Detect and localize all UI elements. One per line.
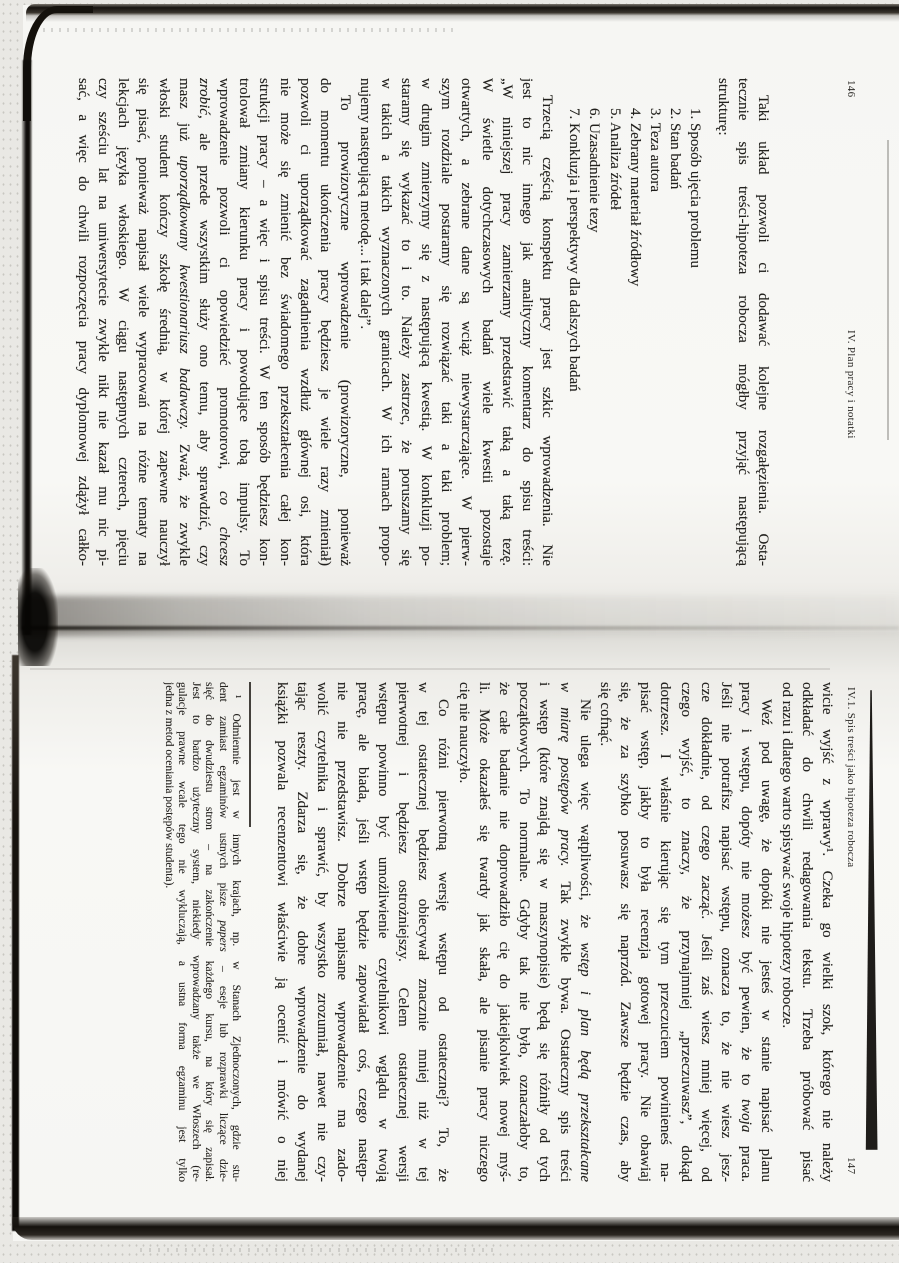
- italic-text: co chcesz: [216, 491, 232, 566]
- text-segment: jest to nic innego jak analityczny komen…: [519, 78, 535, 566]
- text-segment: Co różni pierwotną wersję wstępu od osta…: [435, 699, 451, 1182]
- text-segment: nie może się zmienić bez świadomego prze…: [277, 78, 293, 566]
- text-line: Jest to bardzo użyteczny system, niekied…: [188, 682, 202, 1182]
- text-segment: do momentu ukończenia pracy będziesz je …: [317, 78, 333, 566]
- text-line: w takich a takich wyznaczonych granicach…: [375, 78, 395, 566]
- page-number: 146: [845, 80, 857, 97]
- text-line: Weź pod uwagę, że dopóki nie jesteś w st…: [756, 682, 776, 1182]
- text-segment: się cofnąć.: [597, 682, 613, 746]
- text-segment: To prowizoryczne wprowadzenie (prowizory…: [337, 95, 353, 566]
- text-segment: staramy się wykazać to i to. Należy zast…: [398, 78, 414, 566]
- text-line: i wstęp (które znajdą się w maszynopisie…: [534, 682, 554, 1182]
- text-line: włoski student kończy szkołę średnią, w …: [153, 78, 173, 566]
- text-segment: pracy i wstępu, dopóty nie możesz być pe…: [738, 682, 754, 1099]
- text-line: Jeśli nie potrafisz napisać wstępu, ozna…: [716, 682, 736, 1182]
- text-line: strukcji pracy – a więc i spisu treści. …: [254, 78, 274, 566]
- text-segment: Jest to bardzo użyteczny system, niekied…: [190, 682, 202, 1182]
- text-segment: pozwoli ci uporządkować zagadnienia wzdł…: [297, 78, 313, 566]
- text-segment: 2. Stan badań: [667, 108, 683, 189]
- text-segment: że całe badanie nie doprowadziło cię do …: [496, 682, 512, 1182]
- text-line: Co różni pierwotną wersję wstępu od osta…: [433, 682, 453, 1182]
- text-segment: dent zamiast egzaminów ustnych pisze: [217, 682, 229, 920]
- text-line: wolić czytelnika i sprawić, by wszystko …: [312, 682, 332, 1182]
- text-segment: strukcji pracy – a więc i spisu treści. …: [257, 78, 273, 566]
- text-segment: tecznie spis treści-hipoteza robocza móg…: [735, 78, 751, 566]
- text-line: „W niniejszej pracy zamierzamy przedstaw…: [497, 78, 517, 566]
- text-line: 1. Sposób ujęcia problemu: [685, 78, 705, 566]
- text-line: pierwotnej i będziesz ostrożniejszy. Cel…: [393, 682, 413, 1182]
- text-line: li. Może okazałeś się twardy jak skała, …: [474, 682, 494, 1182]
- running-head: IV.1. Spis treści jako hipoteza robocza: [845, 687, 857, 867]
- text-line: szym rozdziale postaramy się rozwiązać t…: [436, 78, 456, 566]
- italic-text: uporządkowany kwestionariusz badawczy.: [176, 155, 192, 430]
- text-line: Taki układ pozwoli ci dodawać kolejne ro…: [753, 78, 773, 566]
- text-segment: szym rozdziale postaramy się rozwiązać t…: [438, 78, 454, 566]
- text-segment: się, że za szybko posuwasz się naprzód. …: [617, 682, 633, 1182]
- text-line: ¹ Odmiennie jest w innych krajach, np. w…: [229, 682, 243, 1182]
- text-segment: Taki układ pozwoli ci dodawać kolejne ro…: [755, 95, 771, 566]
- text-segment: Tak zwykle bywa. Ostateczny spis treści: [557, 866, 573, 1182]
- text-line: 4. Zebrany materiał źródłowy: [625, 78, 645, 566]
- text-segment: w takich a takich wyznaczonych granicach…: [378, 78, 394, 566]
- text-line: pozwoli ci uporządkować zagadnienia wzdł…: [295, 78, 315, 566]
- page-region-147: IV.1. Spis treści jako hipoteza robocza …: [0, 632, 899, 1263]
- text-line: nie nie przedstawisz. Dobrze napisane wp…: [332, 682, 352, 1182]
- body-text: Taki układ pozwoli ci dodawać kolejne ro…: [73, 78, 773, 566]
- text-segment: 1. Sposób ujęcia problemu: [687, 108, 703, 268]
- page-region-146: 146 IV. Plan pracy i notatki Taki układ …: [0, 0, 899, 632]
- text-segment: Weź pod uwagę, że dopóki nie jesteś w st…: [758, 699, 774, 1182]
- text-segment: wstępu powinno być umożliwienie czytelni…: [375, 682, 391, 1182]
- text-line: staramy się wykazać to i to. Należy zast…: [396, 78, 416, 566]
- text-segment: cze dokładnie, od czego zacząć. Jeśli za…: [698, 682, 714, 1182]
- text-line: pracy i wstępu, dopóty nie możesz być pe…: [736, 682, 756, 1182]
- text-segment: „W niniejszej pracy zamierzamy przedstaw…: [499, 78, 515, 566]
- text-line: tecznie spis treści-hipoteza robocza móg…: [733, 78, 753, 566]
- text-line: dotrzesz. I właśnie kierując się tym prz…: [655, 682, 675, 1182]
- text-segment: odkładać do chwili redagowania tekstu. T…: [799, 682, 815, 1182]
- book-scan: 146 IV. Plan pracy i notatki Taki układ …: [0, 0, 899, 1263]
- text-segment: lekcjach języka włoskiego. W ciągu nastę…: [115, 78, 131, 566]
- scanner-margin: [0, 0, 899, 5]
- text-line: nujemy następującą metodę... i tak dalej…: [355, 78, 375, 566]
- text-line: początkowych. To normalne. Gdyby tak nie…: [514, 682, 534, 1182]
- text-segment: nujemy następującą metodę... i tak dalej…: [357, 78, 373, 329]
- text-segment: sać, a więc do chwili rozpoczęcia pracy …: [75, 78, 91, 566]
- text-line: w drugim zmierzymy się z następującą kwe…: [416, 78, 436, 566]
- text-line: wstępu powinno być umożliwienie czytelni…: [373, 682, 393, 1182]
- text-segment: trolował zmiany kierunku pracy i powoduj…: [236, 78, 252, 566]
- footnote: ¹ Odmiennie jest w innych krajach, np. w…: [161, 682, 251, 1182]
- text-segment: tając reszty. Zdarza się, że dobre wprow…: [294, 682, 310, 1182]
- text-segment: się pisać, ponieważ napisał wiele wyprac…: [135, 78, 151, 566]
- text-segment: wicie wyjść z wprawy¹. Czeka go wielki s…: [819, 682, 835, 1182]
- text-line: jedna z metod oceniania postępów student…: [161, 682, 175, 1182]
- text-segment: W świetle dotychczasowych badań wiele kw…: [479, 78, 495, 566]
- text-line: trolował zmiany kierunku pracy i powoduj…: [234, 78, 254, 566]
- text-segment: pisać wstęp, jakby to była recenzja goto…: [637, 682, 653, 1182]
- text-segment: dotrzesz. I właśnie kierując się tym prz…: [658, 682, 674, 1182]
- text-segment: książki pozwala recenzentowi właściwie j…: [274, 682, 290, 1182]
- text-segment: włoski student kończy szkołę średnią, w …: [156, 78, 172, 566]
- text-line: odkładać do chwili redagowania tekstu. T…: [797, 682, 817, 1182]
- italic-text: papers: [217, 920, 229, 951]
- text-line: Trzecią częścią konspektu pracy jest szk…: [537, 78, 557, 566]
- text-line: czy sześciu lat na uniwersytecie zwykle …: [93, 78, 113, 566]
- text-line: że całe badanie nie doprowadziło cię do …: [494, 682, 514, 1182]
- text-segment: sięć do dwudziestu stron – na zakończeni…: [203, 682, 215, 1182]
- text-segment: 5. Analiza źródeł: [607, 108, 623, 210]
- text-segment: początkowych. To normalne. Gdyby tak nie…: [516, 682, 532, 1182]
- text-line: strukturę:: [712, 78, 732, 566]
- text-line: Nie ulega więc wątpliwości, że wstęp i p…: [575, 682, 595, 1182]
- page-146-sheet: 146 IV. Plan pracy i notatki Taki układ …: [0, 0, 899, 632]
- text-segment: czy sześciu lat na uniwersytecie zwykle …: [95, 78, 111, 566]
- text-line: książki pozwala recenzentowi właściwie j…: [272, 682, 292, 1182]
- text-line: sięć do dwudziestu stron – na zakończeni…: [202, 682, 216, 1182]
- text-line: od razu i dlatego warto spisywać swoje h…: [776, 682, 796, 1182]
- text-segment: w tej ostatecznej będziesz obiecywał zna…: [415, 682, 431, 1182]
- text-line: wprowadzenie pozwoli ci opowiedzieć prom…: [214, 78, 234, 566]
- text-segment: Nie ulega więc wątpliwości, że: [577, 699, 593, 942]
- text-line: jest to nic innego jak analityczny komen…: [517, 78, 537, 566]
- text-segment: Trzecią częścią konspektu pracy jest szk…: [539, 95, 555, 566]
- text-line: cze dokładnie, od czego zacząć. Jeśli za…: [696, 682, 716, 1182]
- text-segment: jedna z metod oceniania postępów student…: [163, 682, 175, 888]
- text-segment: strukturę:: [715, 78, 731, 136]
- text-line: wicie wyjść z wprawy¹. Czeka go wielki s…: [817, 682, 837, 1182]
- text-segment: masz już: [176, 78, 192, 155]
- text-line: pisać wstęp, jakby to była recenzja goto…: [635, 682, 655, 1182]
- text-line: masz już uporządkowany kwestionariusz ba…: [174, 78, 194, 566]
- text-segment: 6. Uzasadnienie tezy: [587, 108, 603, 233]
- text-line: sać, a więc do chwili rozpoczęcia pracy …: [73, 78, 93, 566]
- running-head: IV. Plan pracy i notatki: [845, 330, 857, 439]
- italic-text: zrobić,: [196, 78, 212, 119]
- scanner-margin: [0, 1241, 899, 1263]
- text-line: 7. Konkluzja i perspektywy dla dalszych …: [564, 78, 584, 566]
- text-segment: ¹ Odmiennie jest w innych krajach, np. w…: [231, 695, 243, 1182]
- italic-text: twoja: [738, 1099, 754, 1132]
- text-segment: pracę, ale biada, jeśli wstęp będzie zap…: [355, 682, 371, 1182]
- text-segment: gulacje prawne wcale tego nie wykluczają…: [176, 682, 188, 1182]
- text-line: się pisać, ponieważ napisał wiele wyprac…: [133, 78, 153, 566]
- text-segment: wolić czytelnika i sprawić, by wszystko …: [314, 682, 330, 1182]
- body-text: wicie wyjść z wprawy¹. Czeka go wielki s…: [272, 682, 837, 1182]
- text-segment: nie nie przedstawisz. Dobrze napisane wp…: [335, 682, 351, 1182]
- scanner-margin: [0, 0, 23, 662]
- text-line: w miarę postępów pracy. Tak zwykle bywa.…: [554, 682, 574, 1182]
- text-line: lekcjach języka włoskiego. W ciągu nastę…: [113, 78, 133, 566]
- text-segment: w drugim zmierzymy się z następującą kwe…: [418, 78, 434, 566]
- text-segment: i wstęp (które znajdą się w maszynopisie…: [536, 682, 552, 1182]
- text-line: gulacje prawne wcale tego nie wykluczają…: [175, 682, 189, 1182]
- text-segment: 4. Zebrany materiał źródłowy: [627, 108, 643, 286]
- text-line: dent zamiast egzaminów ustnych pisze pap…: [215, 682, 229, 1182]
- page-number: 147: [845, 1157, 857, 1174]
- footnote-text: ¹ Odmiennie jest w innych krajach, np. w…: [161, 682, 243, 1182]
- text-line: się, że za szybko posuwasz się naprzód. …: [615, 682, 635, 1182]
- text-segment: Jeśli nie potrafisz napisać wstępu, ozna…: [718, 682, 734, 1182]
- text-segment: 3. Teza autora: [647, 108, 663, 192]
- scanner-margin: [0, 662, 13, 1263]
- italic-text: wstęp i plan będą przekształcane: [577, 942, 593, 1182]
- text-line: pracę, ale biada, jeśli wstęp będzie zap…: [353, 682, 373, 1182]
- text-segment: od razu i dlatego warto spisywać swoje h…: [779, 682, 795, 1028]
- text-line: 3. Teza autora: [645, 78, 665, 566]
- text-line: czego wyjść, to znaczy, że przynajmniej …: [676, 682, 696, 1182]
- text-segment: li. Może okazałeś się twardy jak skała, …: [476, 682, 492, 1182]
- text-segment: Zważ, że zwykle: [176, 430, 192, 566]
- page-147-sheet: IV.1. Spis treści jako hipoteza robocza …: [0, 632, 899, 1263]
- text-line: 6. Uzasadnienie tezy: [584, 78, 604, 566]
- text-line: To prowizoryczne wprowadzenie (prowizory…: [335, 78, 355, 566]
- text-line: otwartych, a zebrane dane są wciąż niewy…: [456, 78, 476, 566]
- text-segment: otwartych, a zebrane dane są wciąż niewy…: [458, 78, 474, 566]
- text-line: tając reszty. Zdarza się, że dobre wprow…: [292, 682, 312, 1182]
- footnote-rule: [250, 682, 252, 827]
- text-line: cię nie nauczyło.: [453, 682, 473, 1182]
- text-line: 2. Stan badań: [665, 78, 685, 566]
- italic-text: w miarę postępów pracy.: [557, 682, 573, 866]
- text-line: do momentu ukończenia pracy będziesz je …: [315, 78, 335, 566]
- text-line: się cofnąć.: [595, 682, 615, 1182]
- text-segment: 7. Konkluzja i perspektywy dla dalszych …: [566, 108, 582, 392]
- text-segment: wprowadzenie pozwoli ci opowiedzieć prom…: [216, 78, 232, 491]
- text-segment: czego wyjść, to znaczy, że przynajmniej …: [678, 682, 694, 1182]
- text-line: 5. Analiza źródeł: [605, 78, 625, 566]
- text-segment: cię nie nauczyło.: [456, 682, 472, 783]
- text-line: nie może się zmienić bez świadomego prze…: [275, 78, 295, 566]
- text-line: w tej ostatecznej będziesz obiecywał zna…: [413, 682, 433, 1182]
- text-segment: pierwotnej i będziesz ostrożniejszy. Cel…: [395, 682, 411, 1182]
- text-line: W świetle dotychczasowych badań wiele kw…: [476, 78, 496, 566]
- text-segment: – eseje lub rozprawki liczące dzie-: [217, 952, 229, 1182]
- text-line: zrobić, ale przede wszystkim służy ono t…: [194, 78, 214, 566]
- text-segment: praca.: [738, 1132, 754, 1182]
- text-segment: ale przede wszystkim służy ono temu, aby…: [196, 119, 212, 566]
